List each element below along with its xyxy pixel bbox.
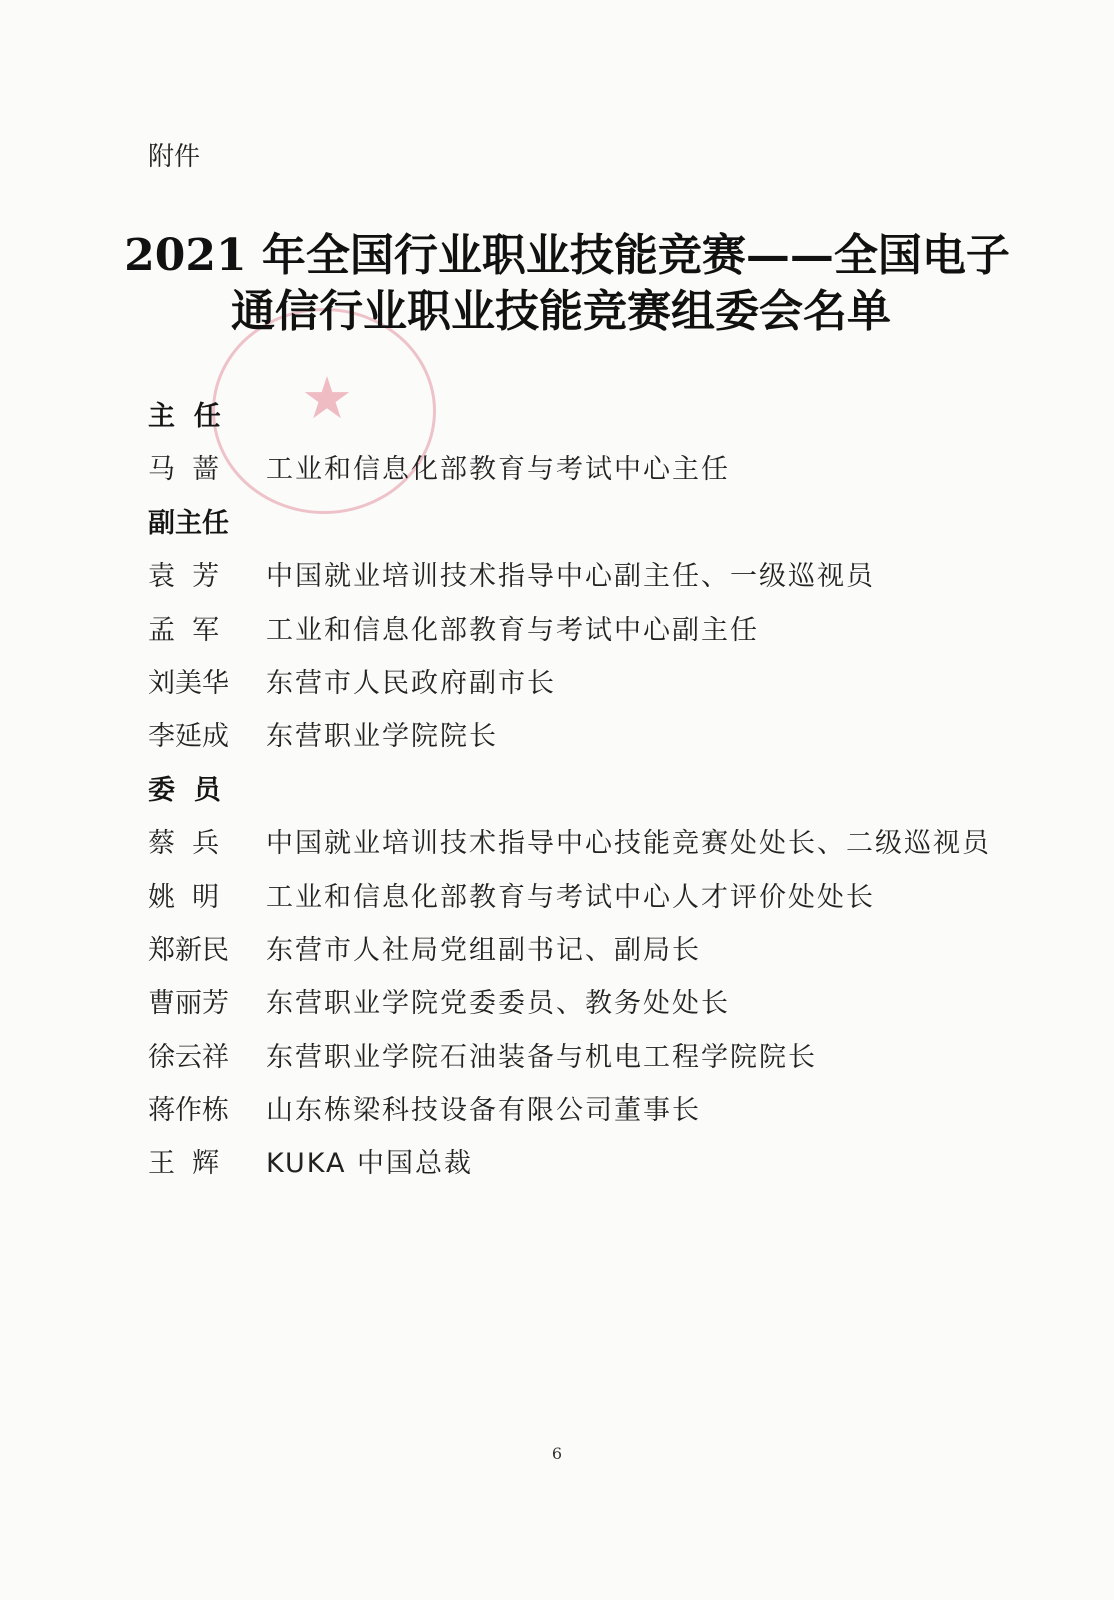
- attachment-label: 附件: [148, 136, 200, 173]
- member-name: 刘美华: [148, 661, 266, 700]
- member-position: 东营职业学院党委委员、教务处处长: [266, 981, 730, 1020]
- page-number: 6: [0, 1444, 1114, 1463]
- member-row: 马 蔷 工业和信息化部教育与考试中心主任: [148, 447, 1008, 500]
- member-row: 郑新民 东营市人社局党组副书记、副局长: [148, 928, 1008, 981]
- member-name: 蒋作栋: [148, 1088, 266, 1127]
- section-heading: 委 员: [148, 768, 266, 807]
- member-name: 曹丽芳: [148, 981, 266, 1020]
- member-position: 工业和信息化部教育与考试中心副主任: [266, 608, 759, 647]
- member-name: 袁 芳: [148, 554, 266, 593]
- member-position: 东营市人社局党组副书记、副局长: [266, 928, 701, 967]
- member-row: 曹丽芳 东营职业学院党委委员、教务处处长: [148, 981, 1008, 1034]
- member-name: 李延成: [148, 714, 266, 753]
- committee-list: 主 任 马 蔷 工业和信息化部教育与考试中心主任 副主任 袁 芳 中国就业培训技…: [148, 394, 1008, 1195]
- member-name: 蔡 兵: [148, 821, 266, 860]
- member-row: 刘美华 东营市人民政府副市长: [148, 661, 1008, 714]
- member-row: 王 辉 KUKA 中国总裁: [148, 1141, 1008, 1194]
- member-name: 郑新民: [148, 928, 266, 967]
- section-heading-director: 主 任: [148, 394, 1008, 447]
- member-position: 东营职业学院院长: [266, 714, 498, 753]
- member-name: 姚 明: [148, 875, 266, 914]
- member-name: 徐云祥: [148, 1035, 266, 1074]
- member-name: 王 辉: [148, 1141, 266, 1180]
- member-position: KUKA 中国总裁: [266, 1141, 473, 1180]
- member-position: 工业和信息化部教育与考试中心主任: [266, 447, 730, 486]
- member-row: 蒋作栋 山东栋梁科技设备有限公司董事长: [148, 1088, 1008, 1141]
- section-heading: 主 任: [148, 394, 266, 433]
- member-row: 姚 明 工业和信息化部教育与考试中心人才评价处处长: [148, 875, 1008, 928]
- title-line-1: 2021 年全国行业职业技能竞赛——全国电子: [0, 228, 1114, 284]
- member-position: 东营职业学院石油装备与机电工程学院院长: [266, 1035, 817, 1074]
- member-name: 马 蔷: [148, 447, 266, 486]
- member-row: 袁 芳 中国就业培训技术指导中心副主任、一级巡视员: [148, 554, 1008, 607]
- section-heading: 副主任: [148, 501, 266, 540]
- member-row: 蔡 兵 中国就业培训技术指导中心技能竞赛处处长、二级巡视员: [148, 821, 1008, 874]
- section-heading-members: 委 员: [148, 768, 1008, 821]
- member-row: 徐云祥 东营职业学院石油装备与机电工程学院院长: [148, 1035, 1008, 1088]
- member-row: 李延成 东营职业学院院长: [148, 714, 1008, 767]
- member-position: 中国就业培训技术指导中心技能竞赛处处长、二级巡视员: [266, 821, 991, 860]
- member-position: 中国就业培训技术指导中心副主任、一级巡视员: [266, 554, 875, 593]
- member-position: 山东栋梁科技设备有限公司董事长: [266, 1088, 701, 1127]
- member-name: 孟 军: [148, 608, 266, 647]
- section-heading-deputy-director: 副主任: [148, 501, 1008, 554]
- member-position: 东营市人民政府副市长: [266, 661, 556, 700]
- title-line-2: 通信行业职业技能竞赛组委会名单: [0, 284, 1114, 340]
- member-position: 工业和信息化部教育与考试中心人才评价处处长: [266, 875, 875, 914]
- member-row: 孟 军 工业和信息化部教育与考试中心副主任: [148, 608, 1008, 661]
- document-title: 2021 年全国行业职业技能竞赛——全国电子 通信行业职业技能竞赛组委会名单: [0, 228, 1114, 340]
- document-page: 附件 ★ 2021 年全国行业职业技能竞赛——全国电子 通信行业职业技能竞赛组委…: [0, 0, 1114, 1600]
